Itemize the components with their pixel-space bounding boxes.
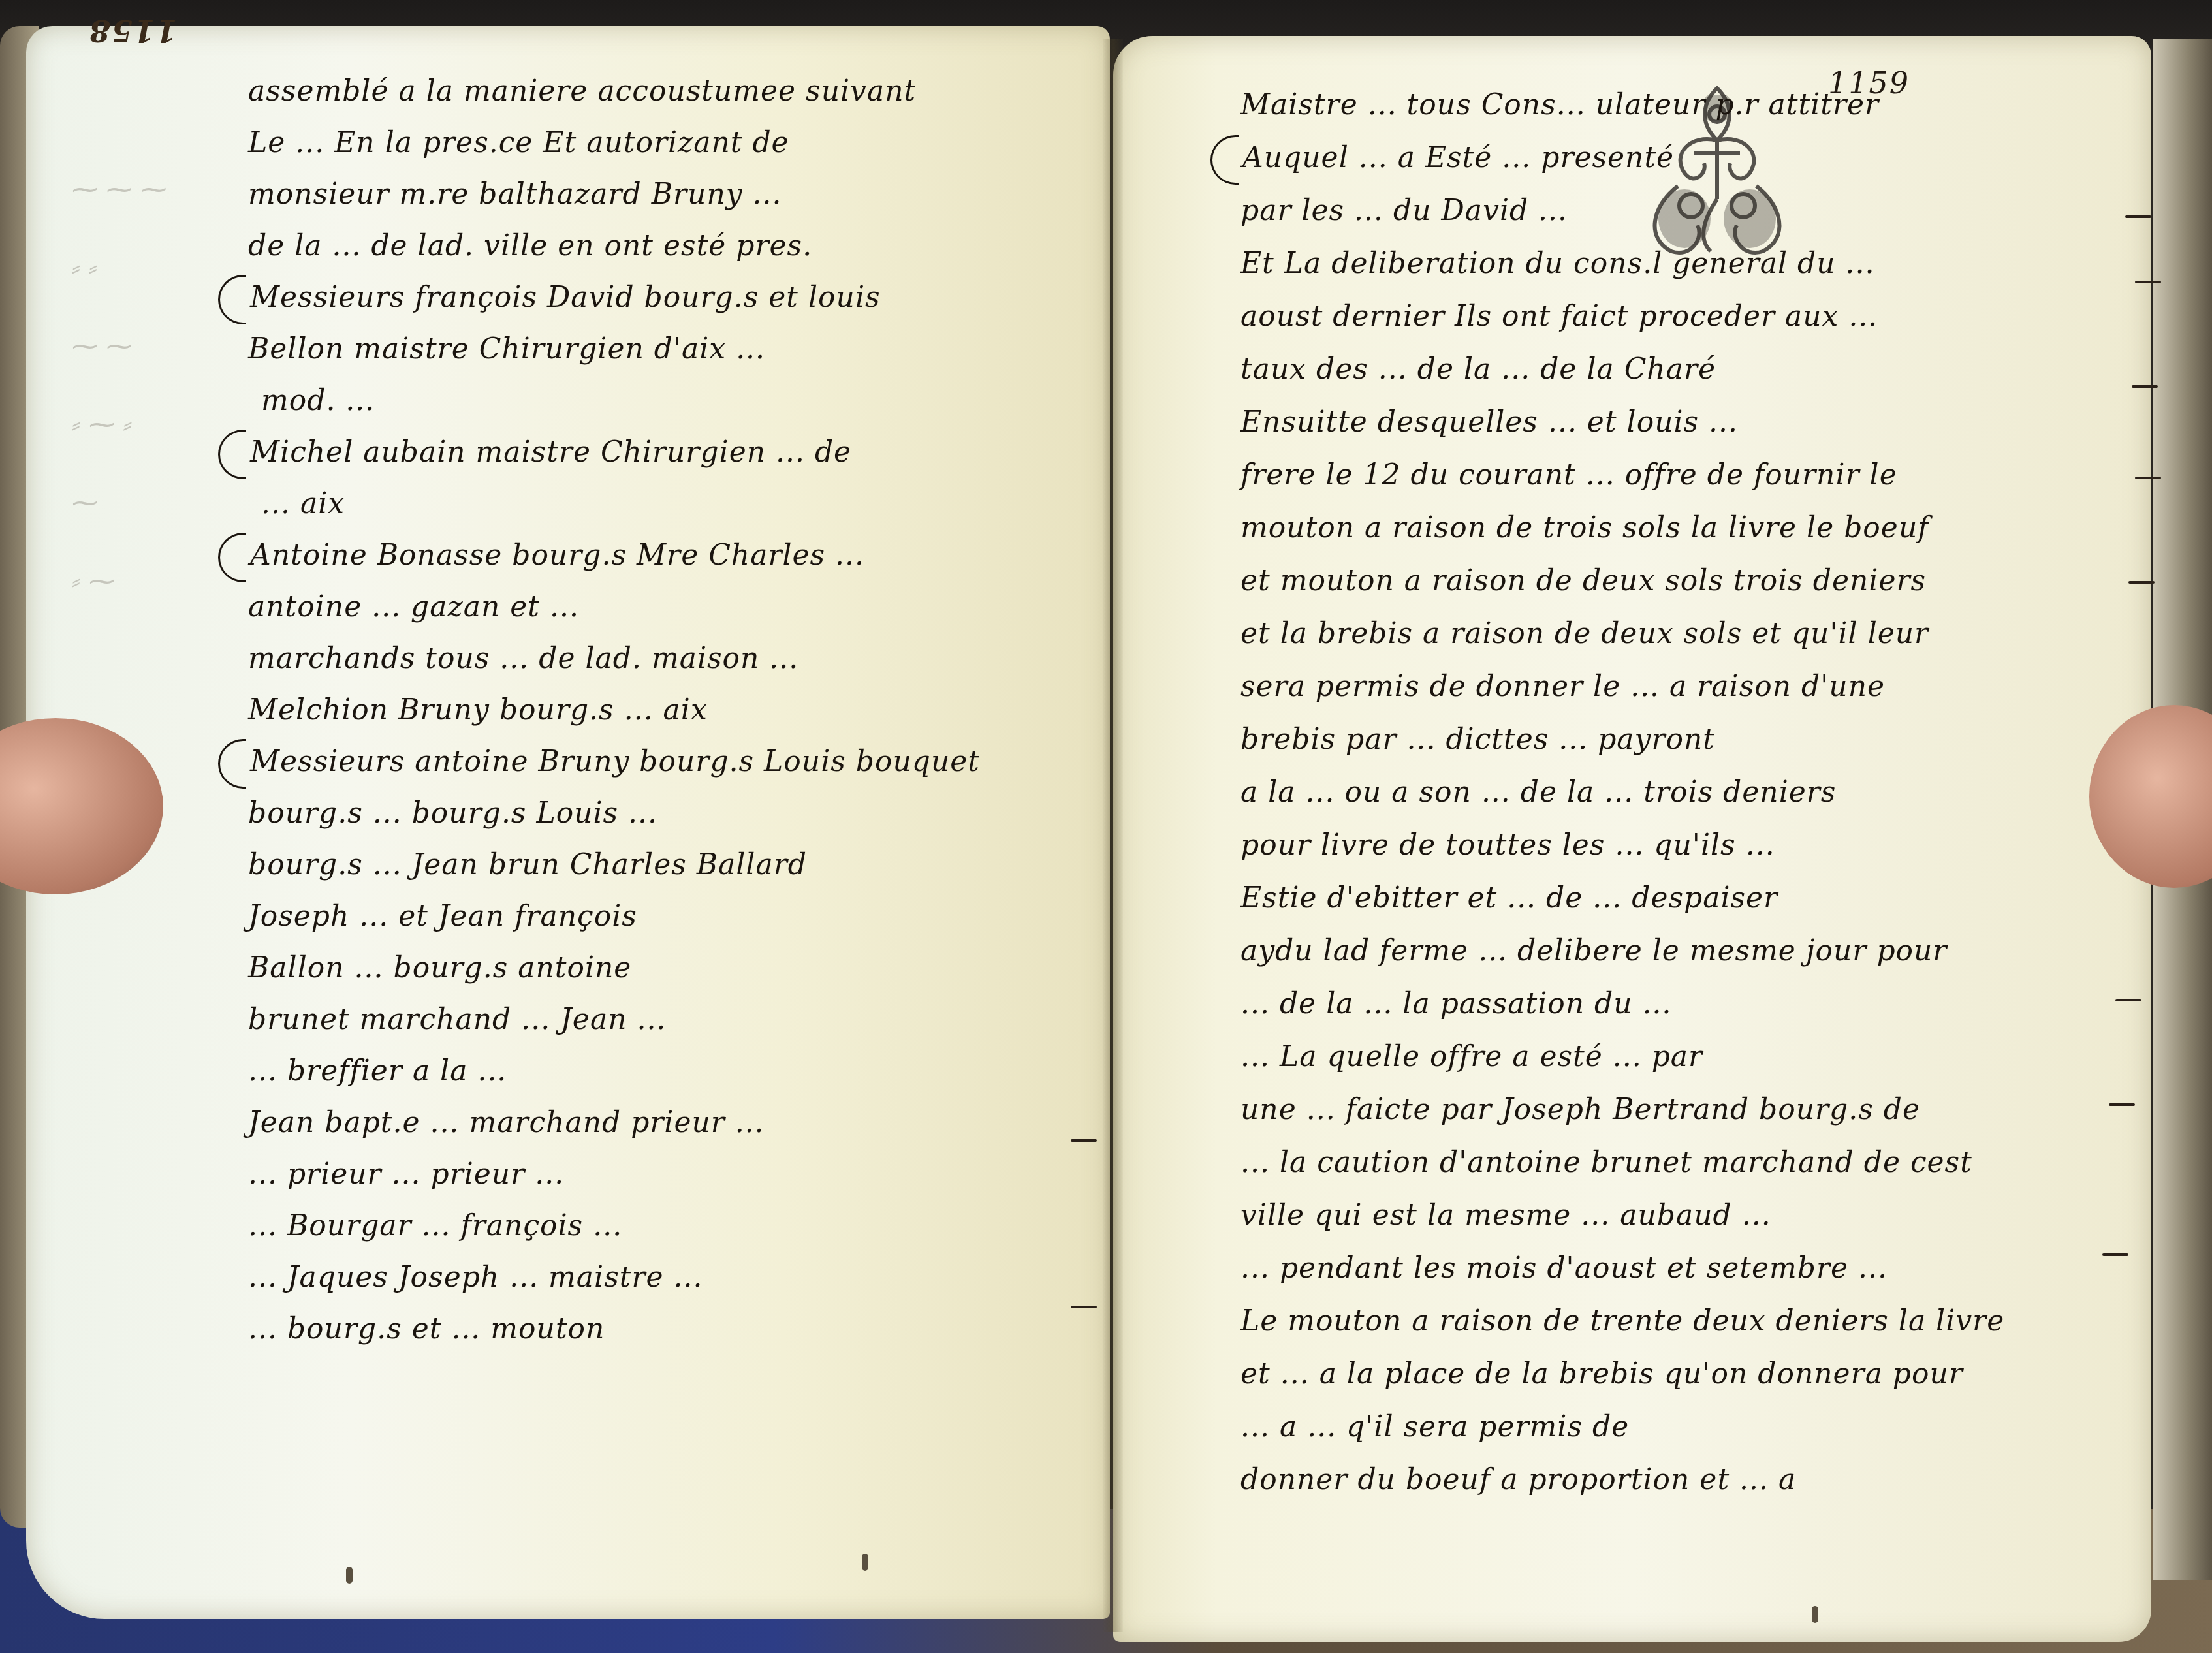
text-line: une ... faicte par Joseph Bertrand bourg… (1240, 1083, 2122, 1136)
binding-hole (862, 1554, 868, 1571)
text-line: aoust dernier Ils ont faict proceder aux… (1240, 290, 2122, 343)
text-line: Ballon ... bourg.s antoine (248, 942, 1097, 994)
margin-dash (2135, 281, 2161, 283)
text-line: Bellon maistre Chirurgien d'aix ... (248, 323, 1097, 375)
text-line: Messieurs françois David bourg.s et loui… (248, 272, 1097, 323)
text-line: brunet marchand ... Jean ... (248, 994, 1097, 1045)
text-line: de la ... de lad. ville en ont esté pres… (248, 220, 1097, 272)
text-line: ... aix (248, 478, 1097, 529)
text-line: et la brebis a raison de deux sols et qu… (1240, 607, 2122, 660)
text-line: ville qui est la mesme ... aubaud ... (1240, 1189, 2122, 1242)
text-line: pour livre de touttes les ... qu'ils ... (1240, 819, 2122, 872)
text-line: ... prieur ... prieur ... (248, 1148, 1097, 1200)
text-line: Messieurs antoine Bruny bourg.s Louis bo… (248, 736, 1097, 787)
text-line: Ensuitte desquelles ... et louis ... (1240, 396, 2122, 449)
text-line: Maistre ... tous Cons... ulateur p.r att… (1240, 78, 2122, 131)
text-line: Et La deliberation du cons.l general du … (1240, 237, 2122, 290)
left-folio-number: 1158 (88, 13, 177, 48)
text-line: ... Bourgar ... françois ... (248, 1200, 1097, 1252)
left-page-text: assemblé a la maniere accoustumee suivan… (248, 65, 1097, 1355)
text-line: Melchion Bruny bourg.s ... aix (248, 684, 1097, 736)
margin-dash (2132, 385, 2158, 388)
text-line: ... a ... q'il sera permis de (1240, 1400, 2122, 1453)
margin-dash (1071, 1306, 1097, 1308)
text-line: ... bourg.s et ... mouton (248, 1303, 1097, 1355)
text-line: taux des ... de la ... de la Charé (1240, 343, 2122, 396)
text-line: Antoine Bonasse bourg.s Mre Charles ... (248, 529, 1097, 581)
text-line: brebis par ... dicttes ... payront (1240, 713, 2122, 766)
text-line: Joseph ... et Jean françois (248, 890, 1097, 942)
right-page-text: Maistre ... tous Cons... ulateur p.r att… (1240, 78, 2122, 1506)
binding-hole (1812, 1606, 1818, 1623)
binding-hole (346, 1567, 353, 1584)
text-line: mod. ... (248, 375, 1097, 426)
text-line: marchands tous ... de lad. maison ... (248, 633, 1097, 684)
text-line: et ... a la place de la brebis qu'on don… (1240, 1347, 2122, 1400)
text-line: et mouton a raison de deux sols trois de… (1240, 554, 2122, 607)
margin-dash (2109, 1103, 2135, 1106)
text-line: Auquel ... a Esté ... presenté (1240, 131, 2122, 184)
text-line: ... la caution d'antoine brunet marchand… (1240, 1136, 2122, 1189)
text-line: a la ... ou a son ... de la ... trois de… (1240, 766, 2122, 819)
margin-dash (2102, 1253, 2128, 1256)
margin-dash (1071, 1139, 1097, 1142)
margin-dash (2135, 477, 2161, 479)
bleed-through-ink: ⁓ ⁓ ⁓⸗ ⸗⁓ ⁓⸗ ⁓ ⸗⁓⸗ ⁓ (72, 150, 242, 620)
text-line: antoine ... gazan et ... (248, 581, 1097, 633)
text-line: mouton a raison de trois sols la livre l… (1240, 501, 2122, 554)
text-line: bourg.s ... bourg.s Louis ... (248, 787, 1097, 839)
text-line: ... La quelle offre a esté ... par (1240, 1030, 2122, 1083)
text-line: Le ... En la pres.ce Et autorizant de (248, 117, 1097, 168)
text-line: par les ... du David ... (1240, 184, 2122, 237)
text-line: Michel aubain maistre Chirurgien ... de (248, 426, 1097, 478)
text-line: aydu lad ferme ... delibere le mesme jou… (1240, 924, 2122, 977)
margin-dash (2128, 581, 2155, 584)
text-line: ... breffier a la ... (248, 1045, 1097, 1097)
text-line: Jean bapt.e ... marchand prieur ... (248, 1097, 1097, 1148)
text-line: assemblé a la maniere accoustumee suivan… (248, 65, 1097, 117)
text-line: sera permis de donner le ... a raison d'… (1240, 660, 2122, 713)
book-gutter (1103, 39, 1123, 1632)
text-line: ... pendant les mois d'aoust et setembre… (1240, 1242, 2122, 1295)
text-line: Estie d'ebitter et ... de ... despaiser (1240, 872, 2122, 924)
margin-dash (2125, 215, 2151, 218)
text-line: ... Jaques Joseph ... maistre ... (248, 1252, 1097, 1303)
text-line: frere le 12 du courant ... offre de four… (1240, 449, 2122, 501)
text-line: ... de la ... la passation du ... (1240, 977, 2122, 1030)
text-line: Le mouton a raison de trente deux denier… (1240, 1295, 2122, 1347)
text-line: donner du boeuf a proportion et ... a (1240, 1453, 2122, 1506)
text-line: bourg.s ... Jean brun Charles Ballard (248, 839, 1097, 890)
margin-dash (2115, 999, 2141, 1001)
text-line: monsieur m.re balthazard Bruny ... (248, 168, 1097, 220)
